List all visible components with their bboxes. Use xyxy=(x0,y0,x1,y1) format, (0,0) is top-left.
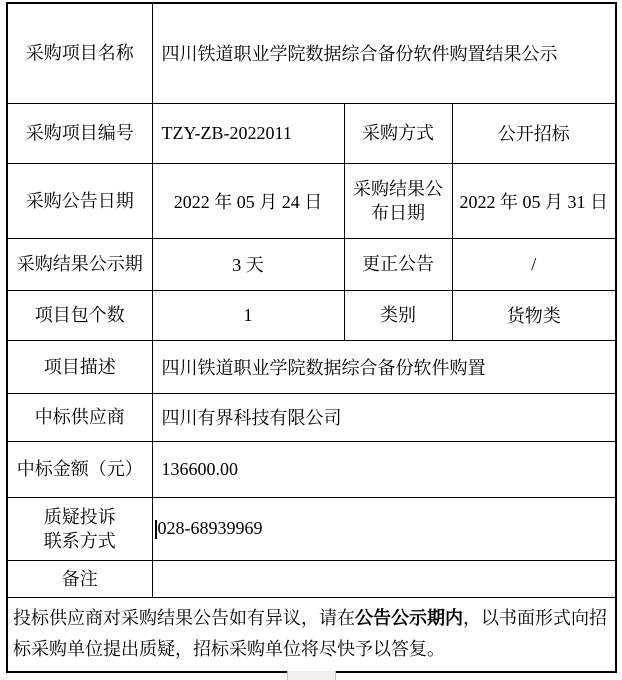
row-value-winning-supplier: 四川有界科技有限公司 xyxy=(152,393,616,441)
row-label-winning-amount: 中标金额（元） xyxy=(7,441,152,497)
row-label-publicity-period: 采购结果公示期 xyxy=(7,238,152,290)
row-label-procurement-method: 采购方式 xyxy=(344,103,452,163)
horizontal-scrollbar-thumb[interactable] xyxy=(287,671,336,680)
row-label-category: 类别 xyxy=(344,290,452,340)
row-label-correction-notice: 更正公告 xyxy=(344,238,452,290)
table-row: 项目包个数 1 类别 货物类 xyxy=(7,290,616,340)
row-value-result-publish-date: 2022 年 05 月 31 日 xyxy=(452,163,616,238)
row-value-remarks xyxy=(152,560,616,597)
row-value-category: 货物类 xyxy=(452,290,616,340)
row-value-announcement-date: 2022 年 05 月 24 日 xyxy=(152,163,344,238)
table-row: 采购项目编号 TZY-ZB-2022011 采购方式 公开招标 xyxy=(7,103,616,163)
row-label-announcement-date: 采购公告日期 xyxy=(7,163,152,238)
table-row: 中标供应商 四川有界科技有限公司 xyxy=(7,393,616,441)
table-row: 中标金额（元） 136600.00 xyxy=(7,441,616,497)
table-row: 质疑投诉 联系方式 028-68939969 xyxy=(7,497,616,560)
table-row: 采购公告日期 2022 年 05 月 24 日 采购结果公 布日期 2022 年… xyxy=(7,163,616,238)
notice-text-before: 投标供应商对采购结果公告如有异议，请在 xyxy=(13,608,355,628)
row-value-correction-notice: / xyxy=(452,238,616,290)
row-label-project-name: 采购项目名称 xyxy=(7,3,152,103)
row-value-project-number: TZY-ZB-2022011 xyxy=(152,103,344,163)
row-value-winning-amount: 136600.00 xyxy=(152,441,616,497)
table-row: 备注 xyxy=(7,560,616,597)
row-value-publicity-period: 3 天 xyxy=(152,238,344,290)
row-value-package-count: 1 xyxy=(152,290,344,340)
table-row: 项目描述 四川铁道职业学院数据综合备份软件购置 xyxy=(7,340,616,393)
notice-text-bold: 公告公示期内 xyxy=(355,608,463,628)
document-page: 采购项目名称 四川铁道职业学院数据综合备份软件购置结果公示 采购项目编号 TZY… xyxy=(0,0,622,680)
row-value-complaint-contact[interactable]: 028-68939969 xyxy=(152,497,616,560)
row-label-package-count: 项目包个数 xyxy=(7,290,152,340)
row-label-winning-supplier: 中标供应商 xyxy=(7,393,152,441)
objection-notice: 投标供应商对采购结果公告如有异议，请在公告公示期内，以书面形式向招标采购单位提出… xyxy=(7,597,616,672)
row-value-procurement-method: 公开招标 xyxy=(452,103,616,163)
row-label-remarks: 备注 xyxy=(7,560,152,597)
notice-row: 投标供应商对采购结果公告如有异议，请在公告公示期内，以书面形式向招标采购单位提出… xyxy=(7,597,616,672)
text-caret xyxy=(155,520,157,539)
row-label-result-publish-date: 采购结果公 布日期 xyxy=(344,163,452,238)
procurement-result-table: 采购项目名称 四川铁道职业学院数据综合备份软件购置结果公示 采购项目编号 TZY… xyxy=(6,2,617,673)
table-row: 采购结果公示期 3 天 更正公告 / xyxy=(7,238,616,290)
phone-number-text: 028-68939969 xyxy=(158,518,263,538)
row-value-project-description: 四川铁道职业学院数据综合备份软件购置 xyxy=(152,340,616,393)
row-label-project-description: 项目描述 xyxy=(7,340,152,393)
row-label-complaint-contact: 质疑投诉 联系方式 xyxy=(7,497,152,560)
table-row: 采购项目名称 四川铁道职业学院数据综合备份软件购置结果公示 xyxy=(7,3,616,103)
row-value-project-name: 四川铁道职业学院数据综合备份软件购置结果公示 xyxy=(152,3,616,103)
row-label-project-number: 采购项目编号 xyxy=(7,103,152,163)
